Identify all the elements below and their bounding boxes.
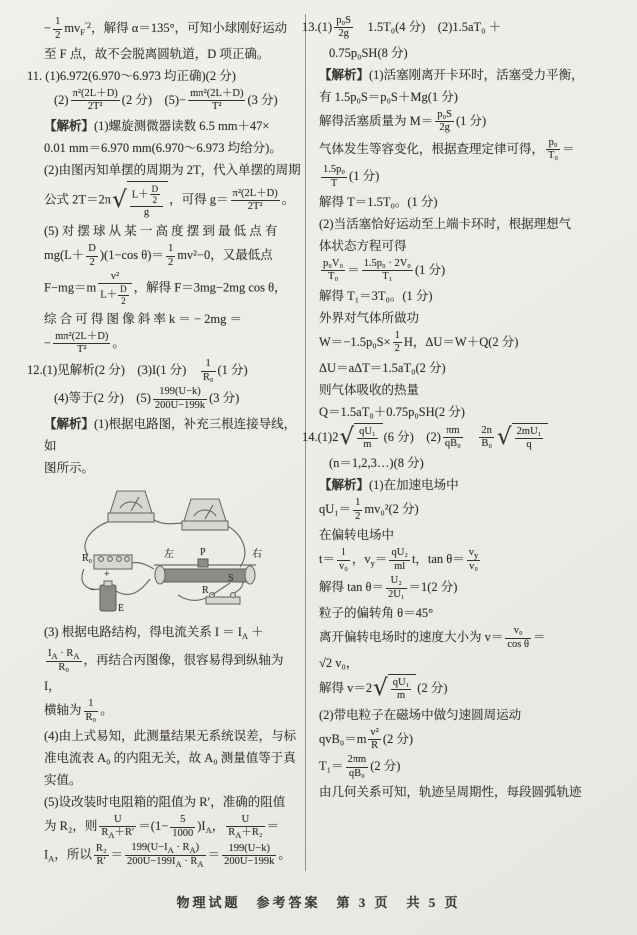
two-column-layout: −12mvF′2，解得 α＝135°，可知小球刚好运动至 F 点，故不会脱离圆轨… <box>0 14 637 871</box>
text-line: 解得活塞质量为 M＝p₀S2g(1 分) <box>319 108 611 136</box>
rheostat: 左 P 右 R <box>154 547 262 596</box>
text-line: (2)当活塞恰好运动至上端卡环时，根据理想气 <box>319 213 611 235</box>
text-line: 解得 tan θ＝U₂2U₁＝1(2 分) <box>319 574 611 602</box>
battery-label: E <box>118 603 124 614</box>
text-line: 至 F 点，故不会脱离圆轨道，D 项正确。 <box>44 43 301 65</box>
text-line: 解得 T₁＝3T₀。(1 分) <box>319 285 611 307</box>
text-line: 【解析】(1)根据电路图，补充三根连接导线，如 <box>44 413 301 457</box>
text-line: −12mvF′2，解得 α＝135°，可知小球刚好运动 <box>44 14 301 43</box>
text-line: 13.(1)p₀S2g 1.5T₀(4 分) (2)1.5aT₀ ＋ <box>302 14 611 42</box>
text-line: −mπ²(2L＋D)T²。 <box>44 330 301 358</box>
text-line: 14.(1)2√qU₁m(6 分) (2)πmqB₀ 2nB₀√2mU₁q <box>302 423 611 453</box>
text-line: 【解析】(1)在加速电场中 <box>319 474 611 496</box>
battery-plus-label: + <box>104 569 110 580</box>
rheostat-right-label: 右 <box>252 548 262 560</box>
text-line: (n＝1,2,3…)(8 分) <box>329 452 611 474</box>
text-line: T₁＝2πmqB₀(2 分) <box>319 753 611 781</box>
rheostat-label: R <box>202 585 209 596</box>
text-line: 12.(1)见解析(2 分) (3)I(1 分) 1R₀(1 分) <box>27 357 301 385</box>
text-line: 解得 T＝1.5T₀。(1 分) <box>319 191 611 213</box>
rheostat-slider-label: P <box>200 547 206 558</box>
text-line: √2 v₀， <box>319 652 611 674</box>
text-line: 由几何关系可知，轨迹呈周期性，每段圆弧轨迹 <box>319 781 611 803</box>
text-line: 实值。 <box>44 769 301 791</box>
text-line: qU₁＝12mv₀²(2 分) <box>319 496 611 524</box>
text-line: 【解析】(1)活塞刚离开卡环时，活塞受力平衡， <box>319 64 611 86</box>
text-line: (5) 对 摆 球 从 某 一 高 度 摆 到 最 低 点 有 <box>44 220 301 242</box>
text-line: 横轴为1R₀。 <box>44 697 301 725</box>
left-column: −12mvF′2，解得 α＝135°，可知小球刚好运动至 F 点，故不会脱离圆轨… <box>0 14 305 871</box>
text-line: IA，所以R₂R′＝199(U−IA · RA)200U−199IA · RA＝… <box>44 841 301 870</box>
text-line: 解得 v＝2√qU₁m(2 分) <box>319 674 611 704</box>
text-line: 有 1.5p₀S＝p₀S＋Mg(1 分) <box>319 86 611 108</box>
text-line: 在偏转电场中 <box>319 524 611 546</box>
resistance-box: R₀ <box>82 553 132 569</box>
circuit-diagram: R₀ 左 P 右 R <box>58 483 301 615</box>
battery: − + E <box>90 569 124 614</box>
switch-label: S <box>228 573 234 584</box>
wire <box>150 517 184 524</box>
left-text-block-2: (3) 根据电路结构，得电流关系 I ＝ IA ＋IA · RAR₀，再结合丙图… <box>44 621 301 871</box>
ammeter-icon <box>182 499 228 530</box>
text-line: 公式 2T＝2π√L＋D2g，可得 g＝π²(2L＋D)2T²。 <box>44 181 301 221</box>
right-text-block: 13.(1)p₀S2g 1.5T₀(4 分) (2)1.5aT₀ ＋0.75p₀… <box>319 14 611 803</box>
text-line: p₀V₀T₀＝1.5p₀ · 2V₀T₁(1 分) <box>319 257 611 285</box>
text-line: 图所示。 <box>44 457 301 479</box>
page-footer: 物理试题 参考答案 第 3 页 共 5 页 <box>0 892 637 911</box>
text-line: (4)由上式易知，此测量结果无系统误差，与标 <box>44 725 301 747</box>
text-line: 粒子的偏转角 θ＝45° <box>319 602 611 624</box>
exam-answer-page: −12mvF′2，解得 α＝135°，可知小球刚好运动至 F 点，故不会脱离圆轨… <box>0 0 637 935</box>
text-line: qvB₀＝mv²R(2 分) <box>319 726 611 754</box>
ammeter-icon <box>108 491 154 522</box>
text-line: Q＝1.5aT₀＋0.75p₀SH(2 分) <box>319 401 611 423</box>
text-line: ΔU＝aΔT＝1.5aT₀(2 分) <box>319 357 611 379</box>
text-line: mg(L＋D2)(1−cos θ)＝12mv²−0，又最低点 <box>44 242 301 270</box>
right-column: 13.(1)p₀S2g 1.5T₀(4 分) (2)1.5aT₀ ＋0.75p₀… <box>305 14 637 871</box>
text-line: 1.5p₀T(1 分) <box>319 163 611 191</box>
wire <box>226 525 245 567</box>
resistance-box-label: R₀ <box>82 553 93 564</box>
text-line: IA · RAR₀，再结合丙图像，很容易得到纵轴为 I， <box>44 647 301 697</box>
wire <box>116 579 150 594</box>
text-line: 综 合 可 得 图 像 斜 率 k ＝ − 2mg ＝ <box>44 308 301 330</box>
text-line: W＝−1.5p₀S×12H，ΔU＝W＋Q(2 分) <box>319 329 611 357</box>
battery-minus-label: − <box>90 585 96 596</box>
text-line: 则气体吸收的热量 <box>319 379 611 401</box>
text-line: 准电流表 A₀ 的内阻无关，故 A₀ 测量值等于真 <box>44 747 301 769</box>
text-line: 11. (1)6.972(6.970～6.973 均正确)(2 分) <box>27 65 301 87</box>
text-line: (2)带电粒子在磁场中做匀速圆周运动 <box>319 704 611 726</box>
text-line: 【解析】(1)螺旋测微器读数 6.5 mm＋47× <box>44 115 301 137</box>
text-line: t＝lv₀，vy＝qU₂mlt，tan θ＝vyv₀ <box>319 546 611 574</box>
left-text-block-1: −12mvF′2，解得 α＝135°，可知小球刚好运动至 F 点，故不会脱离圆轨… <box>44 14 301 479</box>
text-line: (2)由图丙知单摆的周期为 2T，代入单摆的周期 <box>44 159 301 181</box>
text-line: 离开偏转电场时的速度大小为 v＝v₀cos θ＝ <box>319 624 611 652</box>
text-line: (5)设改装时电阻箱的阻值为 R′，准确的阻值 <box>44 791 301 813</box>
text-line: 外界对气体所做功 <box>319 307 611 329</box>
text-line: (2)π²(2L＋D)2T²(2 分) (5)−mπ²(2L＋D)T²(3 分) <box>54 87 301 115</box>
text-line: 0.01 mm＝6.970 mm(6.970～6.973 均给分)。 <box>44 137 301 159</box>
rheostat-left-label: 左 <box>164 547 174 560</box>
text-line: 0.75p₀SH(8 分) <box>329 42 611 64</box>
text-line: 气体发生等容变化，根据查理定律可得，p₀T₀＝ <box>319 136 611 164</box>
wire <box>85 521 110 555</box>
text-line: 体状态方程可得 <box>319 235 611 257</box>
text-line: (3) 根据电路结构，得电流关系 I ＝ IA ＋ <box>44 621 301 647</box>
text-line: 为 R₂，则URA＋R′＝(1−51000)IA，URA＋R₂＝ <box>44 813 301 841</box>
text-line: F−mg＝mv²L＋D2，解得 F＝3mg−2mg cos θ， <box>44 270 301 308</box>
text-line: (4)等于(2 分) (5)199(U−k)200U−199k(3 分) <box>54 385 301 413</box>
